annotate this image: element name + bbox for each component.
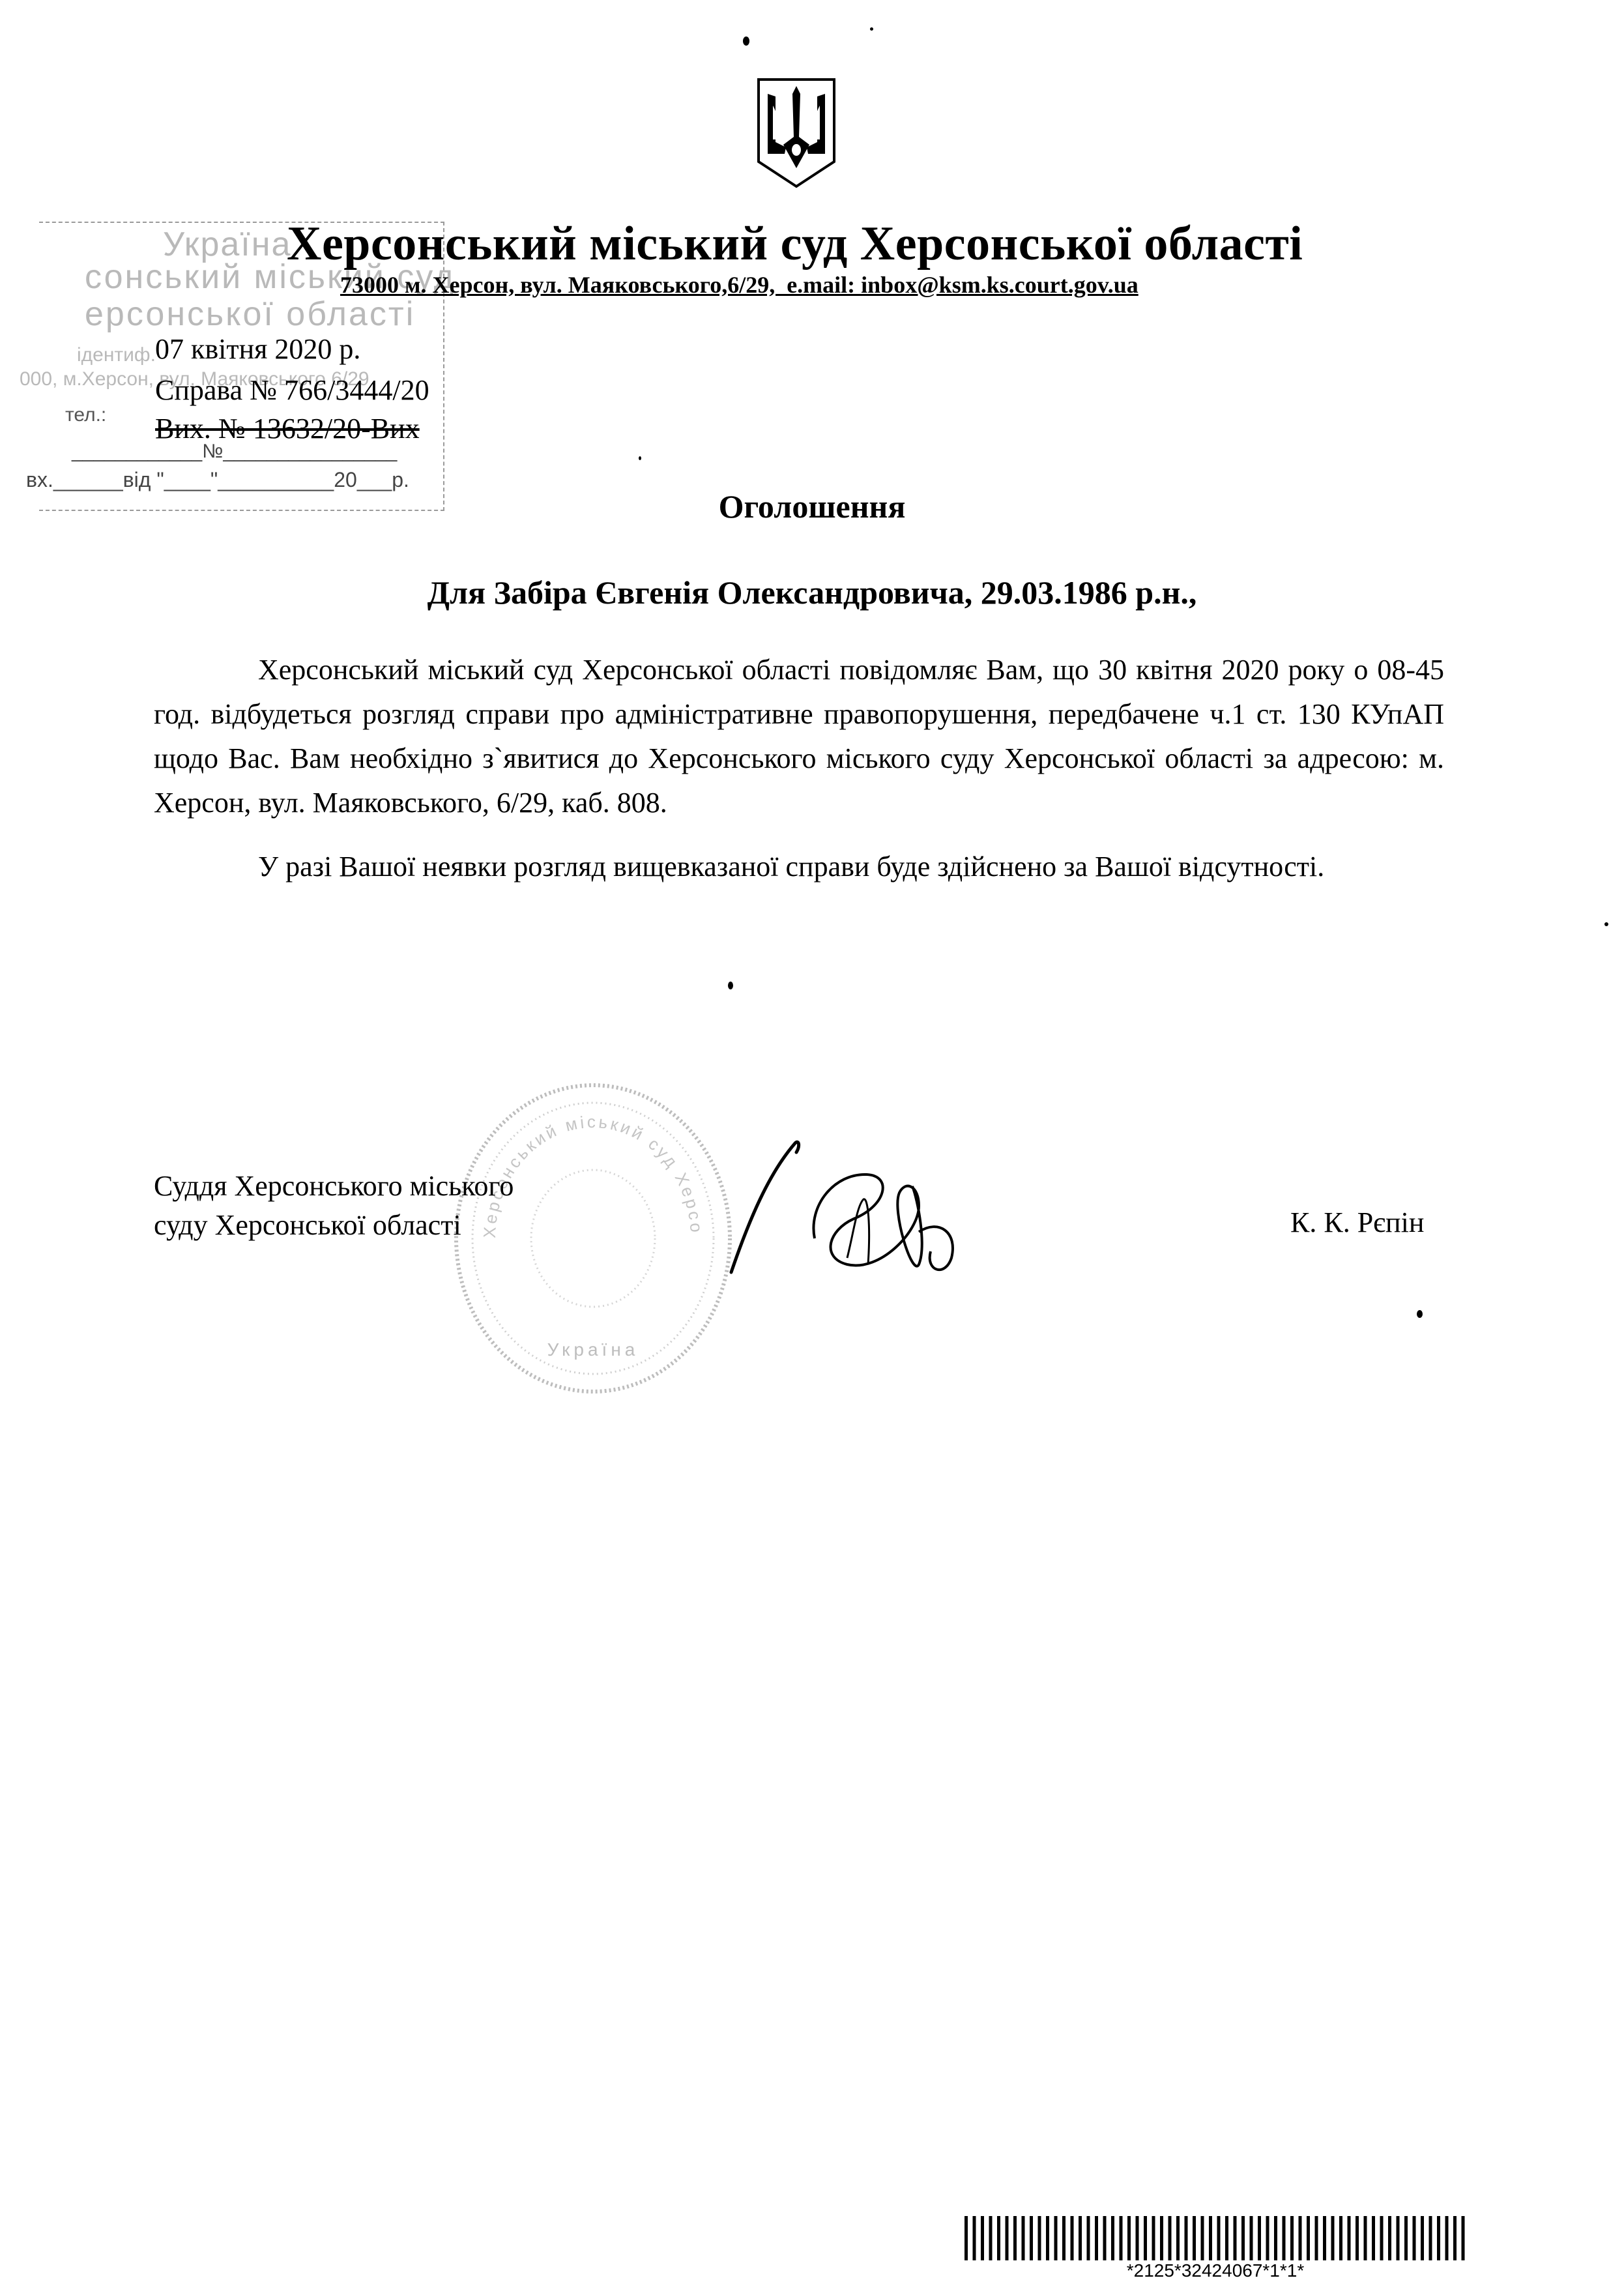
document-heading: Оголошення: [0, 488, 1624, 525]
scan-speck: [870, 27, 873, 31]
addressee-line: Для Забіра Євгенія Олександровича, 29.03…: [0, 574, 1624, 611]
court-address: 73000 м. Херсон, вул. Маяковського,6/29,…: [340, 271, 1138, 299]
body-paragraph: Херсонський міський суд Херсонської обла…: [154, 648, 1444, 825]
court-title: Херсонський міський суд Херсонської обла…: [287, 216, 1316, 272]
stamp-tel-label: тел.:: [65, 404, 106, 426]
body-paragraph: У разі Вашої неявки розгляд вищевказаної…: [154, 845, 1444, 889]
signatory-title: Суддя Херсонського міського суду Херсонс…: [154, 1167, 514, 1245]
scan-speck: [1604, 922, 1608, 926]
scan-speck: [1417, 1310, 1423, 1318]
signatory-title-line-1: Суддя Херсонського міського: [154, 1167, 514, 1206]
barcode-number: *2125*32424067*1*1*: [964, 2260, 1466, 2281]
stamp-code-line: ідентиф.: [77, 344, 156, 366]
scan-speck: [728, 982, 733, 989]
barcode-icon: [964, 2216, 1466, 2260]
scan-speck: [639, 456, 641, 460]
handwritten-signature-icon: [723, 1134, 997, 1291]
svg-text:Україна: Україна: [547, 1339, 639, 1360]
signatory-name: К. К. Рєпін: [1290, 1206, 1424, 1239]
document-date: 07 квітня 2020 р.: [155, 332, 360, 366]
case-number: Справа № 766/3444/20: [155, 373, 429, 407]
outgoing-number: Вих. № 13632/20-Вих: [155, 412, 420, 445]
scan-speck: [743, 36, 749, 46]
signatory-title-line-2: суду Херсонської області: [154, 1206, 514, 1245]
coat-of-arms-trident-icon: [756, 77, 837, 189]
stamp-court-line-2: ерсонської області: [85, 295, 415, 334]
